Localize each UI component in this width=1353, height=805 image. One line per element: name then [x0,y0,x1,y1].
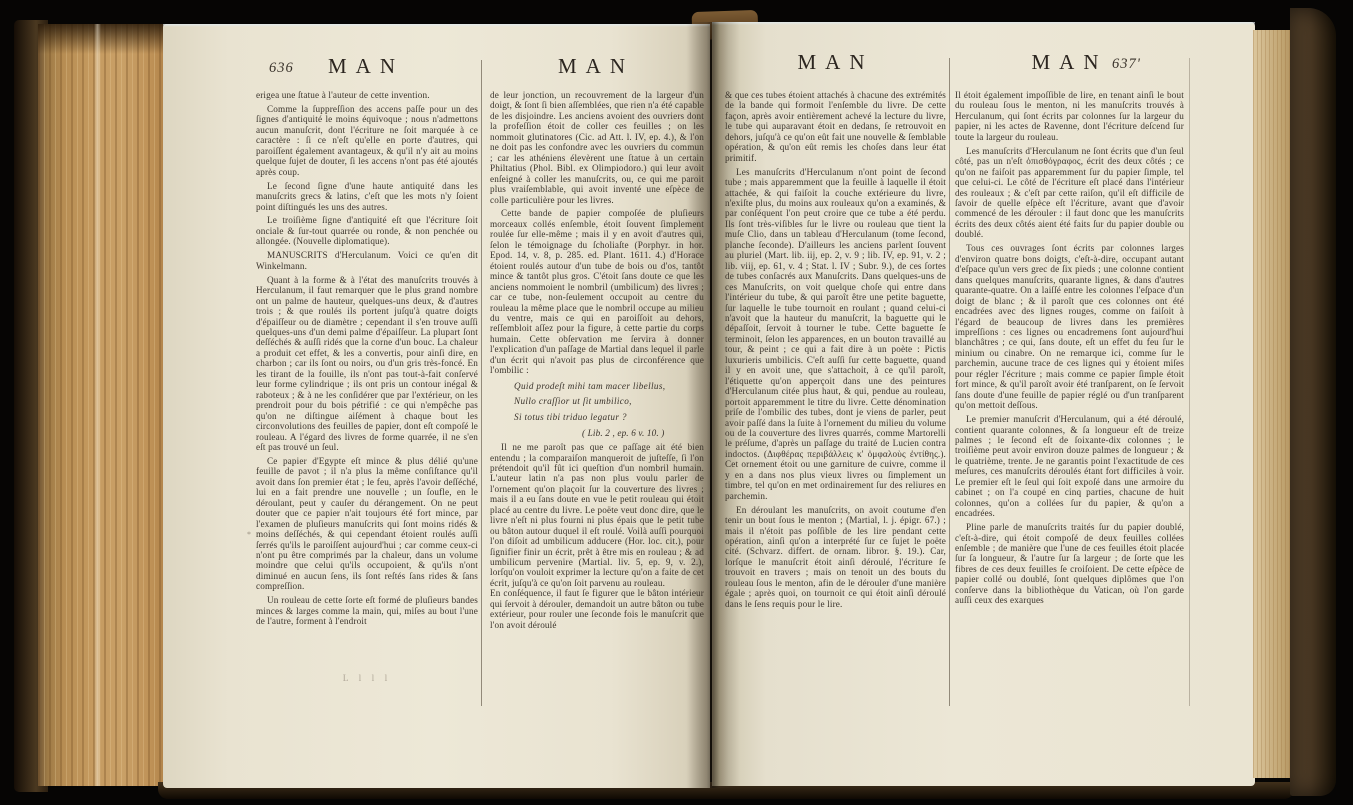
text-paragraph: Pline parle de manuſcrits traités ſur du… [955,522,1184,606]
text-paragraph: Le troiſième ſigne d'antiquité eſt que l… [256,215,478,246]
text-paragraph: ( Lib. 2 , ep. 6 v. 10. ) [582,428,704,438]
photo-of-open-book: { "colors": { "background": "#060504", "… [0,0,1353,805]
text-paragraph: Si totus tibi triduo legatur ? [514,412,704,422]
text-paragraph: Un rouleau de cette ſorte eſt formé de p… [256,595,478,626]
column-rule [481,60,482,706]
text-column-1: erigea une ſtatue à l'auteur de cette in… [256,90,478,694]
running-header: MAN [488,54,704,79]
text-column-4: Il étoit également impoſſible de lire, e… [955,90,1184,704]
text-paragraph: MANUSCRITS d'Herculanum. Voici ce qu'en … [256,250,478,271]
right-cover-board [1290,8,1336,796]
text-paragraph: En conſéquence, il faut ſe figurer que l… [490,588,704,630]
text-paragraph: de leur jonction, un recouvrement de la … [490,90,704,205]
margin-asterisk: * [247,530,251,539]
right-page: MAN MAN 637' & que ces tubes étoient att… [712,22,1255,786]
running-header: MAN [725,50,946,75]
text-paragraph: Les manuſcrits d'Herculanum n'ont point … [725,167,946,502]
text-paragraph: Le ſecond ſigne d'une haute antiquité da… [256,181,478,212]
column-rule [949,58,950,706]
text-paragraph: Le premier manuſcrit d'Herculanum, qui a… [955,414,1184,519]
text-paragraph: Quant à la forme & à l'état des manuſcri… [256,275,478,453]
text-paragraph: Quid prodeſt mihi tam macer libellus, [514,381,704,391]
text-paragraph: Il étoit également impoſſible de lire, e… [955,90,1184,142]
signature-mark: L l l l [256,674,478,684]
page-top-edge [163,24,710,27]
text-column-2: de leur jonction, un recouvrement de la … [490,90,704,718]
text-paragraph: En déroulant les manuſcrits, on avoit co… [725,505,946,610]
text-paragraph: & que ces tubes étoient attachés à chacu… [725,90,946,163]
left-fore-edge-shadow [38,24,166,54]
page-number-right: 637' [1112,56,1141,73]
text-paragraph: Cette bande de papier compoſée de pluſie… [490,208,704,375]
text-column-3: & que ces tubes étoient attachés à chacu… [725,90,946,704]
text-paragraph: Nullo craſſior ut ſit umbilico, [514,396,704,406]
text-paragraph: Comme la ſuppreſſion des accens paſſe po… [256,104,478,177]
running-header: MAN [955,50,1184,75]
page-top-edge [712,22,1255,25]
text-paragraph: Tous ces ouvrages ſont écrits par colonn… [955,243,1184,410]
text-paragraph: Ce papier d'Egypte eſt mince & plus déli… [256,456,478,592]
left-fore-edge-highlight [94,24,101,786]
running-header: MAN [254,54,478,79]
text-paragraph: Les manuſcrits d'Herculanum ne ſont écri… [955,146,1184,240]
text-paragraph: Il ne me paroît pas que ce paſſage ait é… [490,442,704,588]
left-fore-edge-pages [38,24,166,786]
column-rule [1189,58,1190,706]
text-paragraph: erigea une ſtatue à l'auteur de cette in… [256,90,478,100]
left-page: 636 MAN MAN erigea une ſtatue à l'auteur… [163,24,710,788]
